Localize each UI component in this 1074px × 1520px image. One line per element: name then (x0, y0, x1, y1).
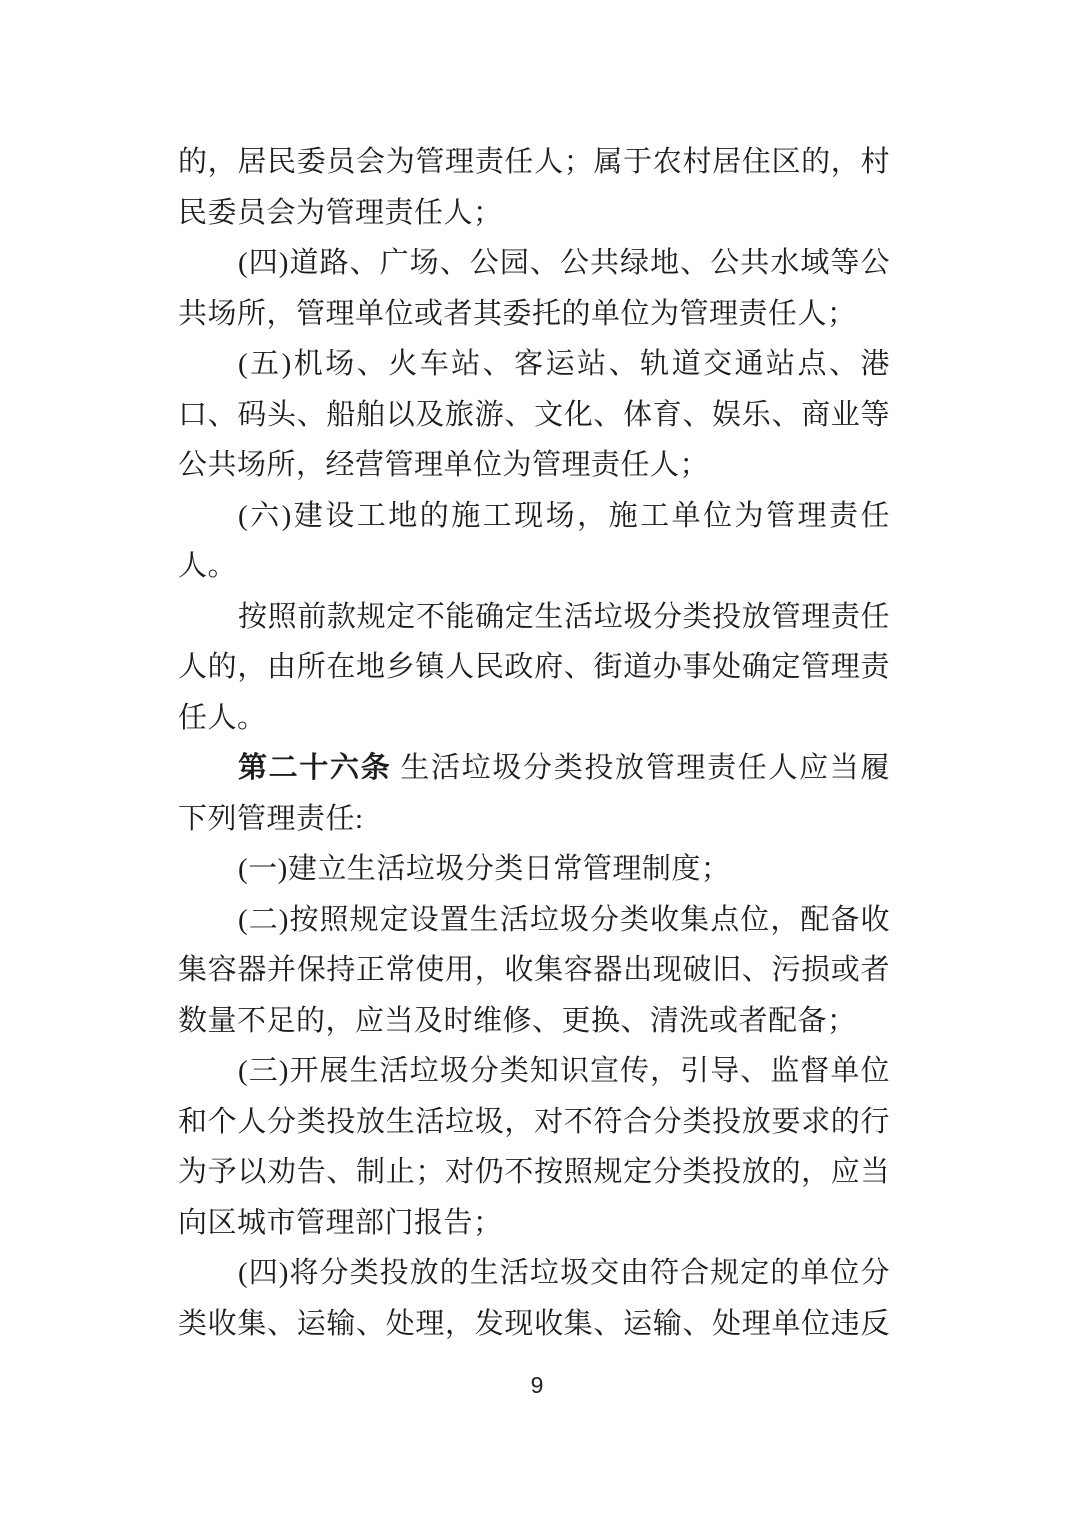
text-line: 任人。 (178, 693, 890, 744)
text-line: 按照前款规定不能确定生活垃圾分类投放管理责任 (178, 592, 890, 643)
text-run: (六)建设工地的施工现场，施工单位为管理责任 (238, 500, 890, 532)
text-run: 数量不足的，应当及时维修、更换、清洗或者配备； (178, 1005, 857, 1037)
text-run: 民委员会为管理责任人； (178, 197, 503, 229)
text-line: (三)开展生活垃圾分类知识宣传，引导、监督单位 (178, 1046, 890, 1097)
text-run: (一)建立生活垃圾分类日常管理制度； (238, 853, 730, 885)
text-run: 口、码头、船舶以及旅游、文化、体育、娱乐、商业等 (178, 399, 890, 431)
text-line: 人。 (178, 541, 890, 592)
text-run: 任人。 (178, 702, 267, 734)
text-line: 和个人分类投放生活垃圾，对不符合分类投放要求的行 (178, 1097, 890, 1148)
text-line: 类收集、运输、处理，发现收集、运输、处理单位违反 (178, 1299, 890, 1350)
text-line: 的，居民委员会为管理责任人；属于农村居住区的，村 (178, 137, 890, 188)
text-run: 共场所，管理单位或者其委托的单位为管理责任人； (178, 298, 857, 330)
text-run: 公共场所，经营管理单位为管理责任人； (178, 449, 709, 481)
text-run: (五)机场、火车站、客运站、轨道交通站点、港 (238, 348, 890, 380)
text-line: (二)按照规定设置生活垃圾分类收集点位，配备收 (178, 895, 890, 946)
text-line: 口、码头、船舶以及旅游、文化、体育、娱乐、商业等 (178, 390, 890, 441)
text-run: (四)道路、广场、公园、公共绿地、公共水域等公 (238, 247, 890, 279)
text-line: (四)将分类投放的生活垃圾交由符合规定的单位分 (178, 1248, 890, 1299)
text-line: (四)道路、广场、公园、公共绿地、公共水域等公 (178, 238, 890, 289)
text-line: 数量不足的，应当及时维修、更换、清洗或者配备； (178, 996, 890, 1047)
article-number: 第二十六条 (238, 752, 391, 784)
text-run: 集容器并保持正常使用，收集容器出现破旧、污损或者 (178, 954, 890, 986)
text-line: (一)建立生活垃圾分类日常管理制度； (178, 844, 890, 895)
text-line: (六)建设工地的施工现场，施工单位为管理责任 (178, 491, 890, 542)
text-run: 按照前款规定不能确定生活垃圾分类投放管理责任 (238, 601, 890, 633)
text-run: 为予以劝告、制止；对仍不按照规定分类投放的，应当 (178, 1156, 890, 1188)
text-run: 人。 (178, 550, 237, 582)
text-run: 人的，由所在地乡镇人民政府、街道办事处确定管理责 (178, 651, 890, 683)
text-line: 下列管理责任: (178, 794, 890, 845)
text-line: 第二十六条 生活垃圾分类投放管理责任人应当履行 (178, 743, 890, 794)
text-run: 下列管理责任: (178, 803, 364, 835)
text-run: 向区城市管理部门报告； (178, 1207, 503, 1239)
text-line: 共场所，管理单位或者其委托的单位为管理责任人； (178, 289, 890, 340)
text-run: (二)按照规定设置生活垃圾分类收集点位，配备收 (238, 904, 890, 936)
document-page: 的，居民委员会为管理责任人；属于农村居住区的，村民委员会为管理责任人；(四)道路… (0, 0, 1074, 1520)
page-body: 的，居民委员会为管理责任人；属于农村居住区的，村民委员会为管理责任人；(四)道路… (178, 137, 890, 1349)
text-line: 为予以劝告、制止；对仍不按照规定分类投放的，应当 (178, 1147, 890, 1198)
text-line: (五)机场、火车站、客运站、轨道交通站点、港 (178, 339, 890, 390)
text-run: 和个人分类投放生活垃圾，对不符合分类投放要求的行 (178, 1106, 890, 1138)
text-run: (四)将分类投放的生活垃圾交由符合规定的单位分 (238, 1257, 890, 1289)
text-line: 公共场所，经营管理单位为管理责任人； (178, 440, 890, 491)
text-line: 人的，由所在地乡镇人民政府、街道办事处确定管理责 (178, 642, 890, 693)
text-line: 民委员会为管理责任人； (178, 188, 890, 239)
text-line: 向区城市管理部门报告； (178, 1198, 890, 1249)
text-run: 的，居民委员会为管理责任人；属于农村居住区的，村 (178, 146, 890, 178)
page-number: 9 (0, 1372, 1074, 1399)
text-run: (三)开展生活垃圾分类知识宣传，引导、监督单位 (238, 1055, 890, 1087)
text-run: 类收集、运输、处理，发现收集、运输、处理单位违反 (178, 1308, 890, 1340)
text-line: 集容器并保持正常使用，收集容器出现破旧、污损或者 (178, 945, 890, 996)
